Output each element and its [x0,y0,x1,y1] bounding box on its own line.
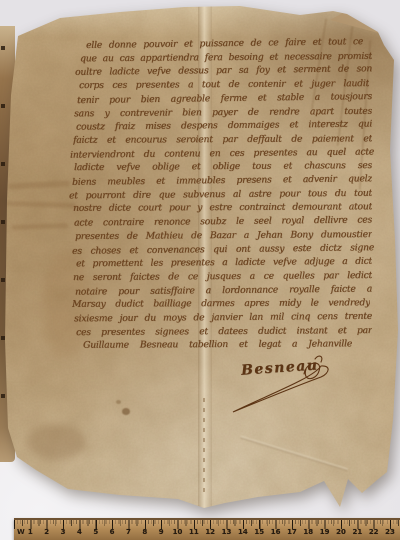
photo-of-manuscript: Besneau elle donne pouvoir et puissance … [0,0,400,540]
wooden-ruler: W 1234567891011121314151617181920212223 [14,518,400,540]
ruler-number: 14 [238,528,248,536]
ruler-number: 9 [159,528,164,536]
parchment-page: Besneau elle donne pouvoir et puissance … [0,0,400,540]
ruler-number: 7 [126,528,131,536]
ruler-number: 19 [320,528,330,536]
ink-stain [122,408,130,415]
ruler-number: 23 [385,528,395,536]
ruler-number: 11 [189,528,199,536]
ruler-number: 2 [44,528,49,536]
ink-stain [116,400,121,404]
ruler-number: 12 [205,528,215,536]
ruler-left-mark: W [17,528,25,536]
ruler-number: 13 [222,528,232,536]
ruler-number: 3 [61,528,66,536]
ruler-number: 4 [77,528,82,536]
ruler-number: 8 [142,528,147,536]
ruler-number: 18 [303,528,313,536]
ruler-number: 21 [352,528,362,536]
crease-stitch-marks [203,398,205,498]
parchment-stain [26,424,86,460]
ruler-number: 1 [28,528,33,536]
parchment-wrapper: Besneau elle donne pouvoir et puissance … [0,0,400,540]
ruler-number: 17 [287,528,297,536]
ruler-number: 10 [173,528,183,536]
manuscript-line: Guillaume Besneau tabellion et legat a J… [83,338,352,353]
ruler-number: 22 [369,528,379,536]
ruler-number: 15 [254,528,264,536]
ruler-number: 5 [93,528,98,536]
ruler-number: 16 [271,528,281,536]
ruler-number: 6 [110,528,115,536]
signature-paraph-flourish [224,352,342,418]
ruler-number: 20 [336,528,346,536]
